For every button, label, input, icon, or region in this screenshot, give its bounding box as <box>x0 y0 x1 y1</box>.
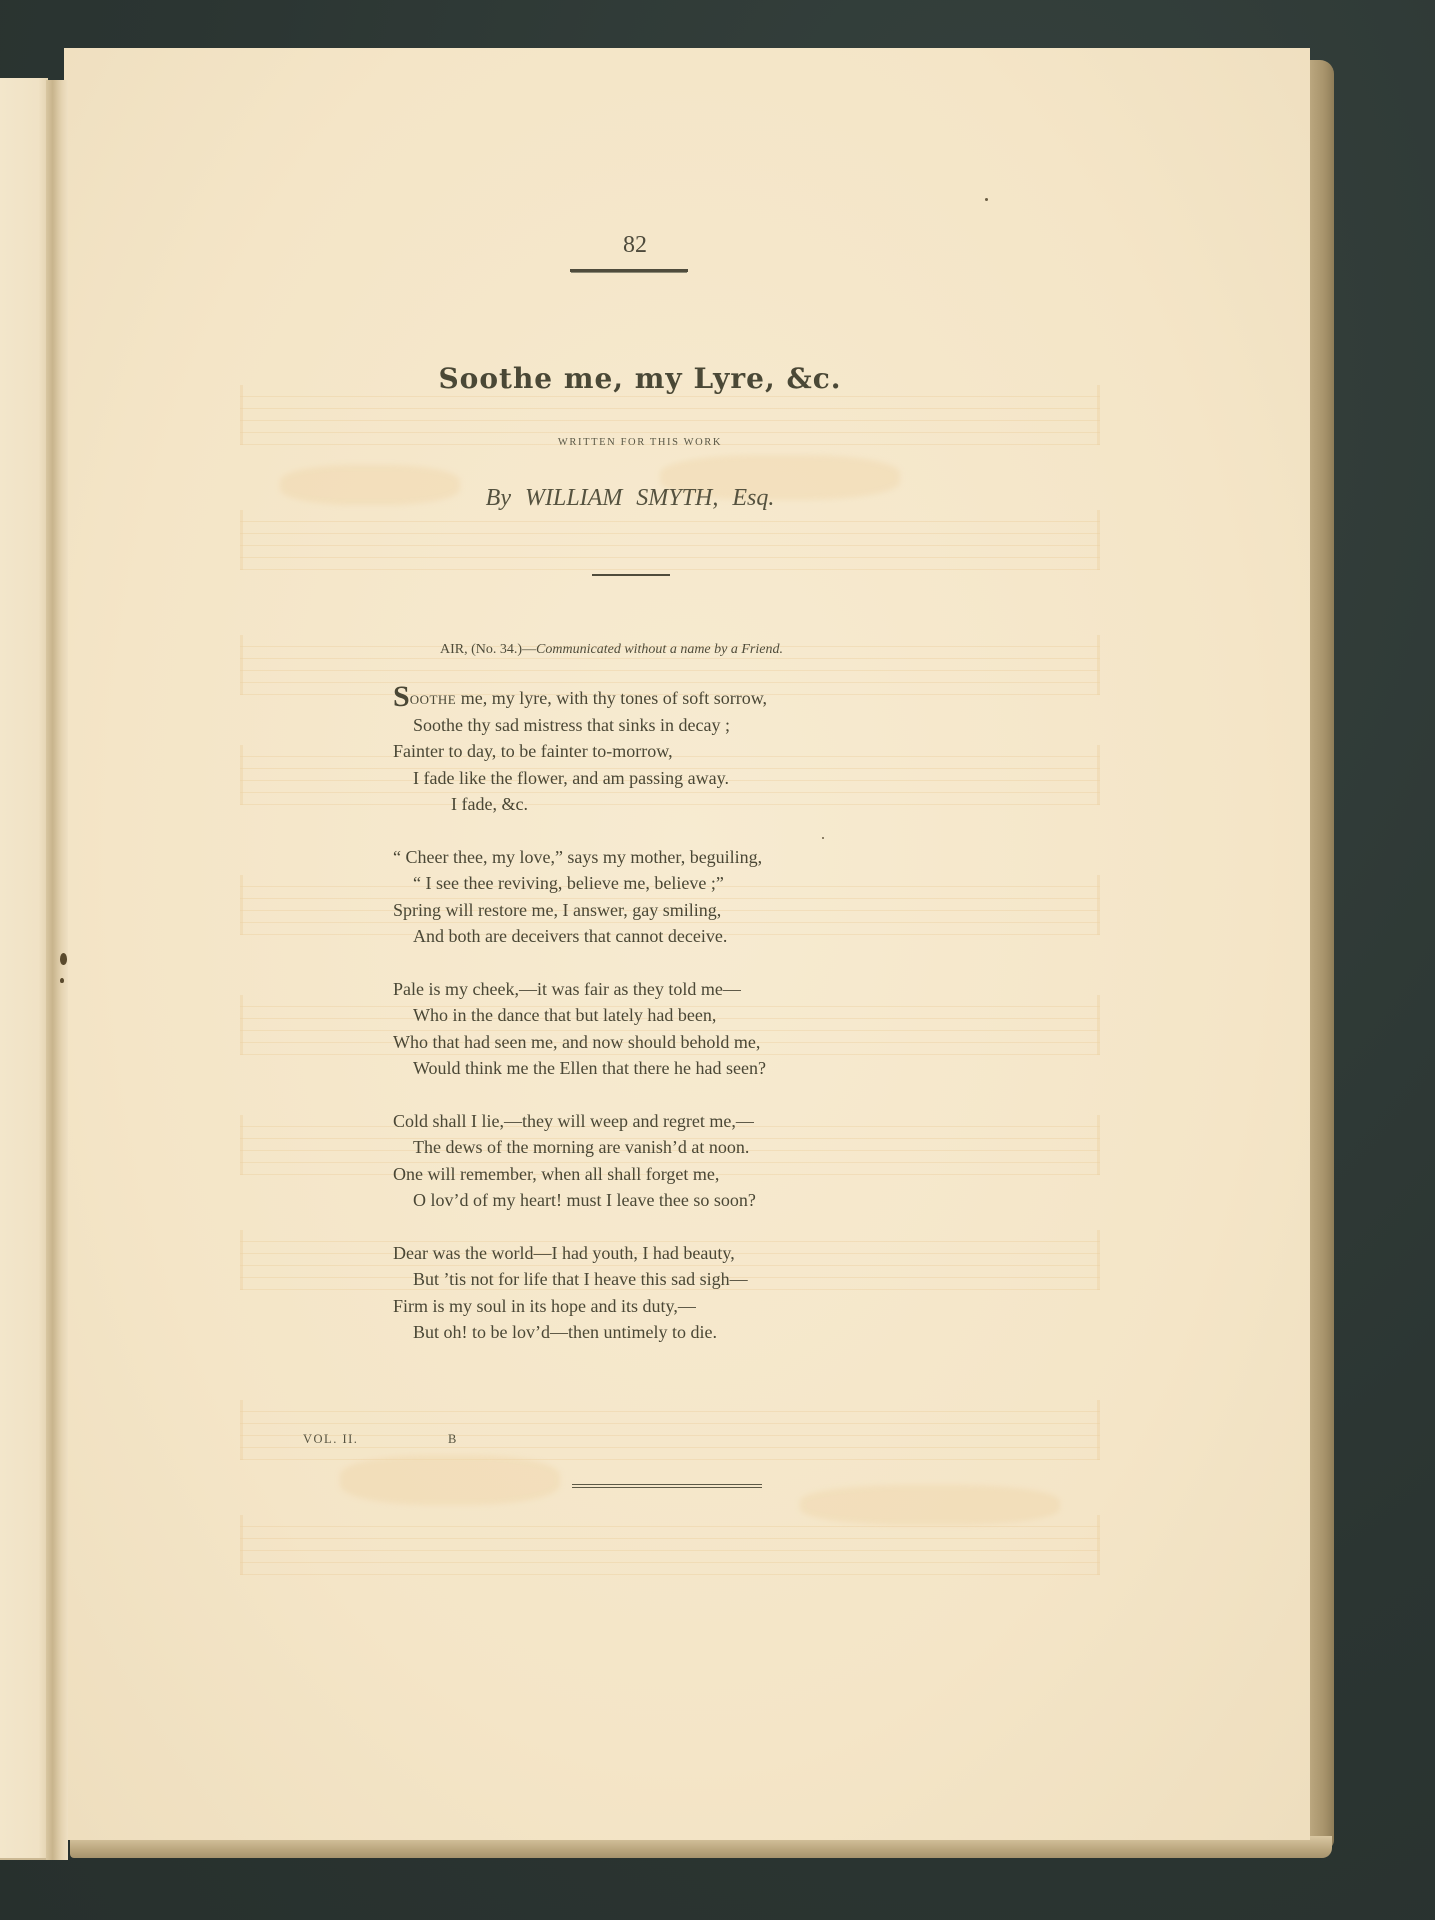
poem-line: Who in the dance that but lately had bee… <box>393 1002 853 1029</box>
stanza-4: Cold shall I lie,—they will weep and reg… <box>393 1108 853 1214</box>
header-rule <box>570 269 688 272</box>
stanza-2: “ Cheer thee, my love,” says my mother, … <box>393 844 853 950</box>
first-line-text: me, my lyre, with thy tones of soft sorr… <box>456 688 767 708</box>
poem-line: I fade, &c. <box>393 791 853 818</box>
poem-line: Dear was the world—I had youth, I had be… <box>393 1240 853 1267</box>
stanza-5: Dear was the world—I had youth, I had be… <box>393 1240 853 1346</box>
poem-line: One will remember, when all shall forget… <box>393 1161 853 1188</box>
poem-line: And both are deceivers that cannot decei… <box>393 923 853 950</box>
air-label: AIR, (No. 34.)— <box>440 642 536 657</box>
poem-line: Soothe me, my lyre, with thy tones of so… <box>393 685 853 712</box>
poem-line: But ’tis not for life that I heave this … <box>393 1266 853 1293</box>
subtitle: WRITTEN FOR THIS WORK <box>500 437 780 448</box>
page-text: 82 Soothe me, my Lyre, &c. WRITTEN FOR T… <box>0 0 1435 1920</box>
stanza-1: Soothe me, my lyre, with thy tones of so… <box>393 685 853 818</box>
poem-line: Spring will restore me, I answer, gay sm… <box>393 897 853 924</box>
poem-line: “ I see thee reviving, believe me, belie… <box>393 870 853 897</box>
stanza-3: Pale is my cheek,—it was fair as they to… <box>393 976 853 1082</box>
author-byline: By WILLIAM SMYTH, Esq. <box>460 485 800 512</box>
page-number: 82 <box>600 232 670 259</box>
poem-line: I fade like the flower, and am passing a… <box>393 765 853 792</box>
poem-line: The dews of the morning are vanish’d at … <box>393 1134 853 1161</box>
air-attribution: AIR, (No. 34.)—Communicated without a na… <box>440 642 860 658</box>
poem-line: Cold shall I lie,—they will weep and reg… <box>393 1108 853 1135</box>
song-title: Soothe me, my Lyre, &c. <box>430 362 850 395</box>
drop-cap: S <box>393 680 410 713</box>
poem-line: O lov’d of my heart! must I leave thee s… <box>393 1187 853 1214</box>
paper-speck <box>822 837 824 839</box>
small-caps-word: oothe <box>410 688 457 708</box>
poem-line: Pale is my cheek,—it was fair as they to… <box>393 976 853 1003</box>
volume-label: VOL. II. <box>303 1432 358 1447</box>
poem-line: But oh! to be lov’d—then untimely to die… <box>393 1319 853 1346</box>
poem: Soothe me, my lyre, with thy tones of so… <box>393 685 853 1372</box>
poem-line: Soothe thy sad mistress that sinks in de… <box>393 712 853 739</box>
poem-line: Would think me the Ellen that there he h… <box>393 1055 853 1082</box>
air-note: Communicated without a name by a Friend. <box>536 642 783 657</box>
poem-line: Firm is my soul in its hope and its duty… <box>393 1293 853 1320</box>
poem-line: Fainter to day, to be fainter to-morrow, <box>393 738 853 765</box>
section-rule <box>592 574 670 576</box>
signature-mark: B <box>448 1432 456 1447</box>
paper-speck <box>985 198 988 201</box>
footer-rule <box>572 1484 762 1485</box>
poem-line: Who that had seen me, and now should beh… <box>393 1029 853 1056</box>
poem-line: “ Cheer thee, my love,” says my mother, … <box>393 844 853 871</box>
